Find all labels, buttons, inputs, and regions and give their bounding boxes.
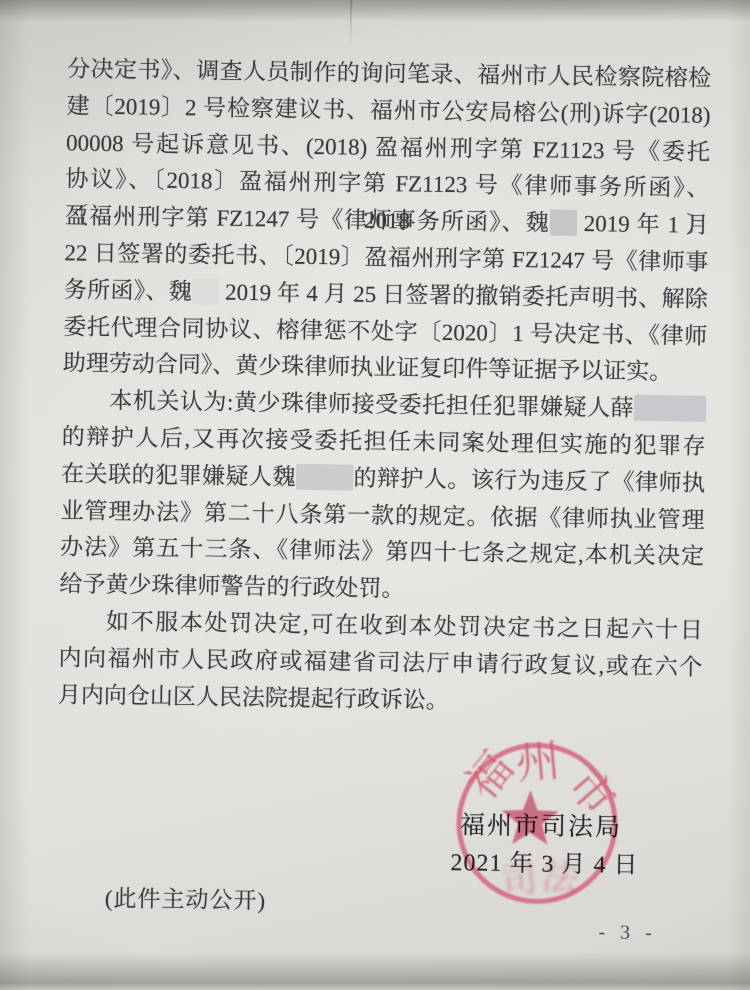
scan-vignette <box>0 0 750 990</box>
